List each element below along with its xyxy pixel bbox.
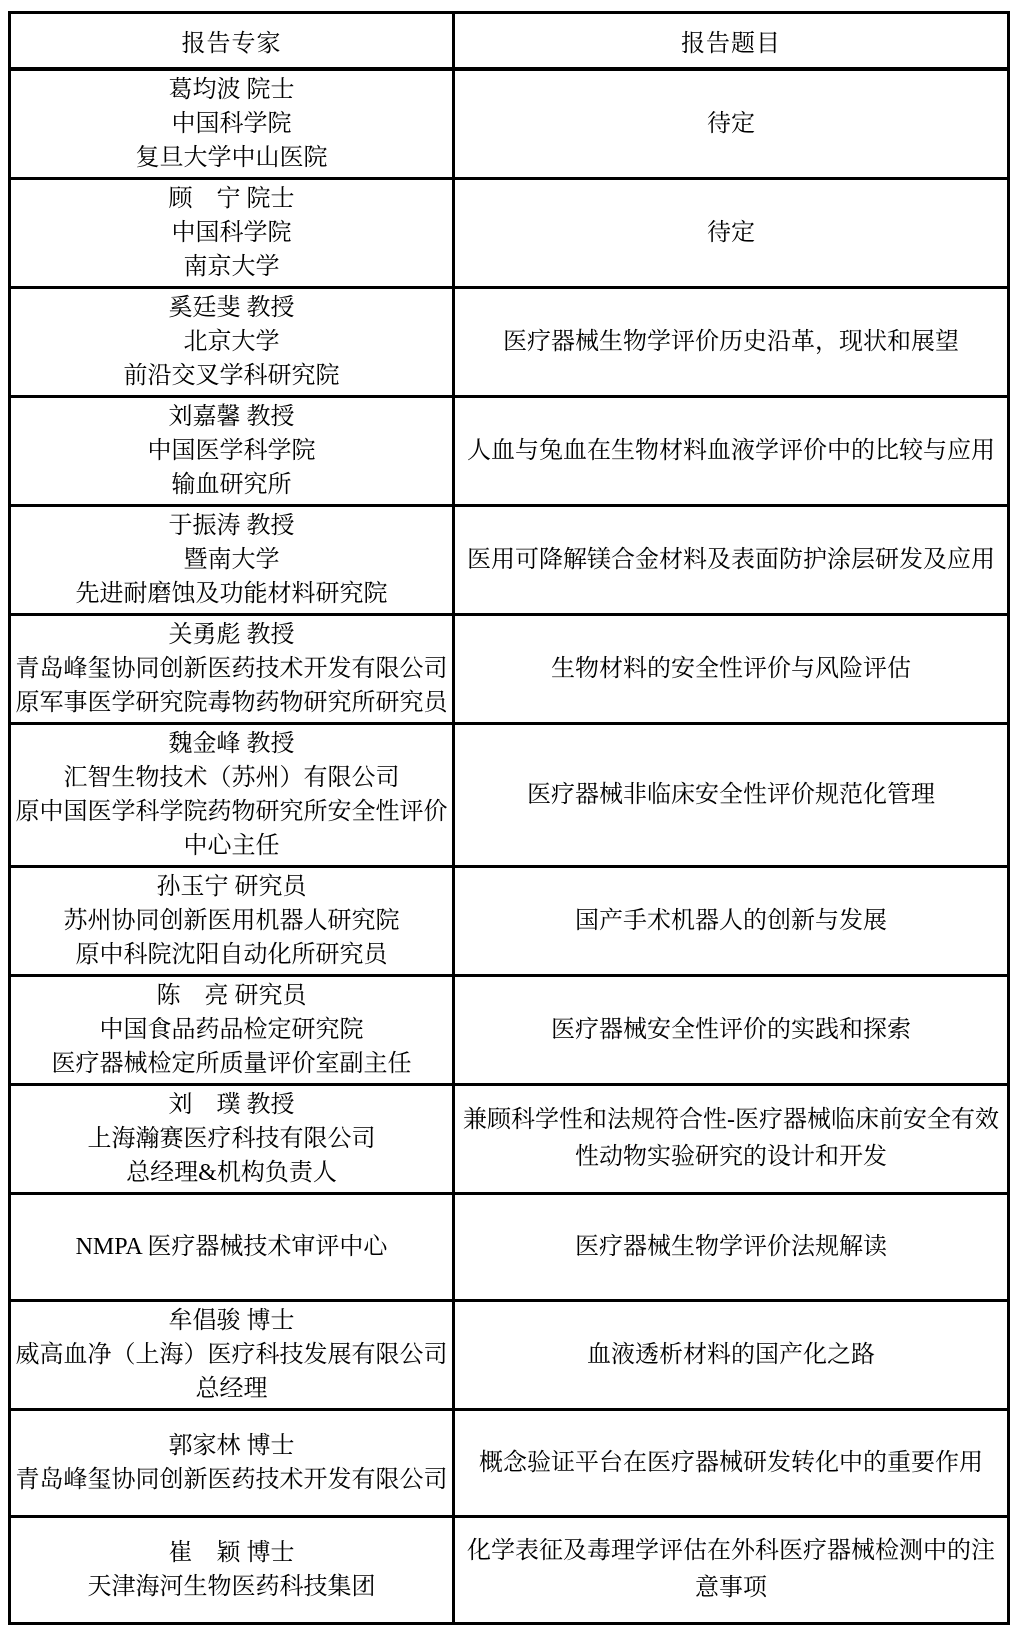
expert-line: 中国食品药品检定研究院: [15, 1013, 448, 1047]
expert-line: 青岛峰玺协同创新医药技术开发有限公司: [15, 1463, 448, 1497]
topic-cell: 医疗器械生物学评价历史沿革，现状和展望: [454, 288, 1009, 397]
expert-line: 青岛峰玺协同创新医药技术开发有限公司: [15, 652, 448, 686]
expert-line: NMPA 医疗器械技术审评中心: [15, 1230, 448, 1264]
expert-line: 上海瀚赛医疗科技有限公司: [15, 1122, 448, 1156]
topic-cell: 医疗器械安全性评价的实践和探索: [454, 976, 1009, 1085]
topic-cell: 人血与兔血在生物材料血液学评价中的比较与应用: [454, 397, 1009, 506]
expert-line: 葛均波 院士: [15, 73, 448, 107]
topic-cell: 概念验证平台在医疗器械研发转化中的重要作用: [454, 1410, 1009, 1517]
topic-cell: 医疗器械生物学评价法规解读: [454, 1194, 1009, 1301]
table-row: 孙玉宁 研究员苏州协同创新医用机器人研究院原中科院沈阳自动化所研究员国产手术机器…: [10, 867, 1009, 976]
expert-cell: 于振涛 教授暨南大学先进耐磨蚀及功能材料研究院: [10, 506, 454, 615]
expert-line: 陈 亮 研究员: [15, 979, 448, 1013]
expert-line: 刘 璞 教授: [15, 1088, 448, 1122]
expert-line: 苏州协同创新医用机器人研究院: [15, 904, 448, 938]
table-row: 崔 颖 博士天津海河生物医药科技集团化学表征及毒理学评估在外科医疗器械检测中的注…: [10, 1517, 1009, 1624]
expert-line: 总经理&机构负责人: [15, 1156, 448, 1190]
table-row: 刘 璞 教授上海瀚赛医疗科技有限公司总经理&机构负责人兼顾科学性和法规符合性-医…: [10, 1085, 1009, 1194]
document-page: 报告专家 报告题目 葛均波 院士中国科学院复旦大学中山医院待定顾 宁 院士中国科…: [0, 0, 1014, 1608]
expert-line: 原中科院沈阳自动化所研究员: [15, 938, 448, 972]
topic-cell: 医疗器械非临床安全性评价规范化管理: [454, 724, 1009, 867]
table-row: 葛均波 院士中国科学院复旦大学中山医院待定: [10, 69, 1009, 179]
expert-line: 暨南大学: [15, 543, 448, 577]
header-expert: 报告专家: [10, 13, 454, 70]
expert-line: 牟倡骏 博士: [15, 1304, 448, 1338]
expert-line: 威高血净（上海）医疗科技发展有限公司: [15, 1338, 448, 1372]
header-row: 报告专家 报告题目: [10, 13, 1009, 70]
expert-line: 中国科学院: [15, 216, 448, 250]
table-row: 奚廷斐 教授北京大学前沿交叉学科研究院医疗器械生物学评价历史沿革，现状和展望: [10, 288, 1009, 397]
expert-line: 中国科学院: [15, 107, 448, 141]
expert-cell: 葛均波 院士中国科学院复旦大学中山医院: [10, 69, 454, 179]
expert-line: 总经理: [15, 1372, 448, 1406]
expert-line: 复旦大学中山医院: [15, 141, 448, 175]
table-row: 郭家林 博士青岛峰玺协同创新医药技术开发有限公司概念验证平台在医疗器械研发转化中…: [10, 1410, 1009, 1517]
table-row: 于振涛 教授暨南大学先进耐磨蚀及功能材料研究院医用可降解镁合金材料及表面防护涂层…: [10, 506, 1009, 615]
expert-line: 孙玉宁 研究员: [15, 870, 448, 904]
expert-line: 南京大学: [15, 250, 448, 284]
table-row: 魏金峰 教授汇智生物技术（苏州）有限公司原中国医学科学院药物研究所安全性评价中心…: [10, 724, 1009, 867]
expert-cell: NMPA 医疗器械技术审评中心: [10, 1194, 454, 1301]
table-row: 陈 亮 研究员中国食品药品检定研究院医疗器械检定所质量评价室副主任医疗器械安全性…: [10, 976, 1009, 1085]
expert-cell: 牟倡骏 博士威高血净（上海）医疗科技发展有限公司总经理: [10, 1301, 454, 1410]
expert-line: 中心主任: [15, 829, 448, 863]
speaker-roster-table: 报告专家 报告题目 葛均波 院士中国科学院复旦大学中山医院待定顾 宁 院士中国科…: [8, 11, 1010, 1625]
expert-line: 中国医学科学院: [15, 434, 448, 468]
expert-line: 原军事医学研究院毒物药物研究所研究员: [15, 686, 448, 720]
expert-line: 刘嘉馨 教授: [15, 400, 448, 434]
expert-line: 医疗器械检定所质量评价室副主任: [15, 1047, 448, 1081]
expert-cell: 郭家林 博士青岛峰玺协同创新医药技术开发有限公司: [10, 1410, 454, 1517]
topic-cell: 医用可降解镁合金材料及表面防护涂层研发及应用: [454, 506, 1009, 615]
expert-cell: 陈 亮 研究员中国食品药品检定研究院医疗器械检定所质量评价室副主任: [10, 976, 454, 1085]
topic-cell: 生物材料的安全性评价与风险评估: [454, 615, 1009, 724]
expert-line: 关勇彪 教授: [15, 618, 448, 652]
expert-line: 原中国医学科学院药物研究所安全性评价: [15, 795, 448, 829]
expert-line: 前沿交叉学科研究院: [15, 359, 448, 393]
expert-line: 汇智生物技术（苏州）有限公司: [15, 761, 448, 795]
table-row: NMPA 医疗器械技术审评中心医疗器械生物学评价法规解读: [10, 1194, 1009, 1301]
table-row: 牟倡骏 博士威高血净（上海）医疗科技发展有限公司总经理血液透析材料的国产化之路: [10, 1301, 1009, 1410]
expert-line: 顾 宁 院士: [15, 182, 448, 216]
expert-cell: 奚廷斐 教授北京大学前沿交叉学科研究院: [10, 288, 454, 397]
expert-cell: 孙玉宁 研究员苏州协同创新医用机器人研究院原中科院沈阳自动化所研究员: [10, 867, 454, 976]
expert-line: 输血研究所: [15, 468, 448, 502]
topic-cell: 待定: [454, 69, 1009, 179]
topic-cell: 血液透析材料的国产化之路: [454, 1301, 1009, 1410]
table-row: 关勇彪 教授青岛峰玺协同创新医药技术开发有限公司原军事医学研究院毒物药物研究所研…: [10, 615, 1009, 724]
topic-cell: 待定: [454, 179, 1009, 288]
expert-line: 先进耐磨蚀及功能材料研究院: [15, 577, 448, 611]
expert-cell: 刘 璞 教授上海瀚赛医疗科技有限公司总经理&机构负责人: [10, 1085, 454, 1194]
expert-line: 奚廷斐 教授: [15, 291, 448, 325]
expert-line: 天津海河生物医药科技集团: [15, 1570, 448, 1604]
expert-line: 崔 颖 博士: [15, 1536, 448, 1570]
header-topic: 报告题目: [454, 13, 1009, 70]
topic-cell: 化学表征及毒理学评估在外科医疗器械检测中的注意事项: [454, 1517, 1009, 1624]
table-row: 刘嘉馨 教授中国医学科学院输血研究所人血与兔血在生物材料血液学评价中的比较与应用: [10, 397, 1009, 506]
topic-cell: 国产手术机器人的创新与发展: [454, 867, 1009, 976]
topic-cell: 兼顾科学性和法规符合性-医疗器械临床前安全有效性动物实验研究的设计和开发: [454, 1085, 1009, 1194]
table-body: 葛均波 院士中国科学院复旦大学中山医院待定顾 宁 院士中国科学院南京大学待定奚廷…: [10, 69, 1009, 1624]
expert-cell: 魏金峰 教授汇智生物技术（苏州）有限公司原中国医学科学院药物研究所安全性评价中心…: [10, 724, 454, 867]
expert-line: 魏金峰 教授: [15, 727, 448, 761]
expert-cell: 关勇彪 教授青岛峰玺协同创新医药技术开发有限公司原军事医学研究院毒物药物研究所研…: [10, 615, 454, 724]
table-row: 顾 宁 院士中国科学院南京大学待定: [10, 179, 1009, 288]
expert-cell: 崔 颖 博士天津海河生物医药科技集团: [10, 1517, 454, 1624]
expert-cell: 刘嘉馨 教授中国医学科学院输血研究所: [10, 397, 454, 506]
expert-line: 郭家林 博士: [15, 1429, 448, 1463]
expert-line: 北京大学: [15, 325, 448, 359]
expert-line: 于振涛 教授: [15, 509, 448, 543]
expert-cell: 顾 宁 院士中国科学院南京大学: [10, 179, 454, 288]
